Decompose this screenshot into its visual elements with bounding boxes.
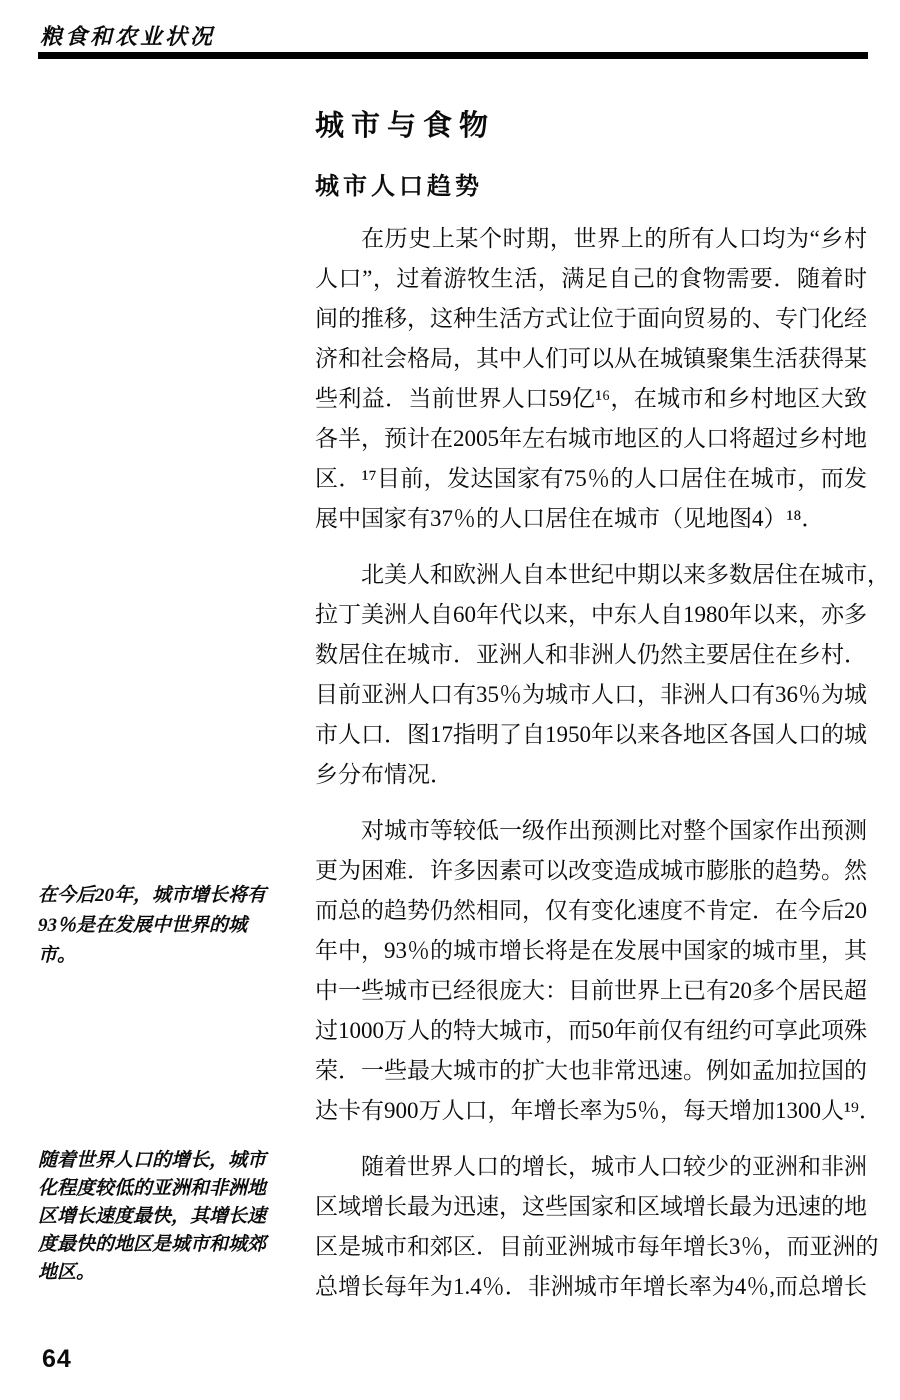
text-line: 对城市等较低一级作出预测比对整个国家作出预测 bbox=[315, 811, 867, 851]
margin-note-line: 度最快的地区是城市和城郊 bbox=[38, 1231, 288, 1259]
text-line: 总增长每年为1.4％．非洲城市年增长率为4％,而总增长 bbox=[315, 1267, 867, 1307]
text-line: 目前亚洲人口有35％为城市人口，非洲人口有36％为城 bbox=[315, 675, 867, 715]
document-page: 粮食和农业状况 在今后20年，城市增长将有 93％是在发展中世界的城 市。 随着… bbox=[0, 0, 900, 1400]
text-line: 乡分布情况． bbox=[315, 755, 867, 795]
main-column: 城市与食物 城市人口趋势 在历史上某个时期，世界上的所有人口均为“乡村 人口”，… bbox=[315, 108, 867, 1307]
page-number: 64 bbox=[42, 1345, 72, 1374]
paragraph-1: 在历史上某个时期，世界上的所有人口均为“乡村 人口”，过着游牧生活，满足自己的食… bbox=[315, 219, 867, 539]
margin-note-line: 随着世界人口的增长，城市 bbox=[38, 1147, 288, 1175]
text-line: 中一些城市已经很庞大：目前世界上已有20多个居民超 bbox=[315, 971, 867, 1011]
text-line: 达卡有900万人口，年增长率为5％，每天增加1300人¹⁹． bbox=[315, 1091, 867, 1131]
running-header: 粮食和农业状况 bbox=[40, 20, 215, 51]
text-line: 间的推移，这种生活方式让位于面向贸易的、专门化经 bbox=[315, 299, 867, 339]
margin-note-line: 93％是在发展中世界的城 bbox=[38, 911, 288, 941]
text-line: 区．¹⁷目前，发达国家有75％的人口居住在城市，而发 bbox=[315, 459, 867, 499]
text-line: 些利益．当前世界人口59亿¹⁶，在城市和乡村地区大致 bbox=[315, 379, 867, 419]
header-rule bbox=[38, 52, 868, 59]
margin-note-2: 随着世界人口的增长，城市 化程度较低的亚洲和非洲地 区增长速度最快，其增长速 度… bbox=[38, 1147, 288, 1287]
paragraph-2: 北美人和欧洲人自本世纪中期以来多数居住在城市， 拉丁美洲人自60年代以来，中东人… bbox=[315, 555, 867, 795]
text-line: 区域增长最为迅速，这些国家和区域增长最为迅速的地 bbox=[315, 1187, 867, 1227]
text-line: 人口”，过着游牧生活，满足自己的食物需要．随着时 bbox=[315, 259, 867, 299]
text-line: 市人口．图17指明了自1950年以来各地区各国人口的城 bbox=[315, 715, 867, 755]
margin-note-line: 化程度较低的亚洲和非洲地 bbox=[38, 1175, 288, 1203]
page-title: 城市与食物 bbox=[315, 108, 867, 144]
text-line: 随着世界人口的增长，城市人口较少的亚洲和非洲 bbox=[315, 1147, 867, 1187]
margin-note-line: 市。 bbox=[38, 941, 288, 971]
text-line: 数居住在城市．亚洲人和非洲人仍然主要居住在乡村． bbox=[315, 635, 867, 675]
margin-note-line: 地区。 bbox=[38, 1259, 288, 1287]
text-line: 各半，预计在2005年左右城市地区的人口将超过乡村地 bbox=[315, 419, 867, 459]
section-heading: 城市人口趋势 bbox=[315, 172, 867, 202]
text-line: 拉丁美洲人自60年代以来，中东人自1980年以来，亦多 bbox=[315, 595, 867, 635]
text-line: 过1000万人的特大城市，而50年前仅有纽约可享此项殊 bbox=[315, 1011, 867, 1051]
margin-note-1: 在今后20年，城市增长将有 93％是在发展中世界的城 市。 bbox=[38, 881, 288, 971]
text-line: 北美人和欧洲人自本世纪中期以来多数居住在城市， bbox=[315, 555, 867, 595]
text-line: 展中国家有37％的人口居住在城市（见地图4）¹⁸． bbox=[315, 499, 867, 539]
text-line: 荣．一些最大城市的扩大也非常迅速。例如孟加拉国的 bbox=[315, 1051, 867, 1091]
margin-note-line: 在今后20年，城市增长将有 bbox=[38, 881, 288, 911]
paragraph-3: 对城市等较低一级作出预测比对整个国家作出预测 更为困难．许多因素可以改变造成城市… bbox=[315, 811, 867, 1131]
margin-note-line: 区增长速度最快，其增长速 bbox=[38, 1203, 288, 1231]
text-line: 在历史上某个时期，世界上的所有人口均为“乡村 bbox=[315, 219, 867, 259]
text-line: 区是城市和郊区．目前亚洲城市每年增长3％，而亚洲的 bbox=[315, 1227, 867, 1267]
text-line: 济和社会格局，其中人们可以从在城镇聚集生活获得某 bbox=[315, 339, 867, 379]
text-line: 更为困难．许多因素可以改变造成城市膨胀的趋势。然 bbox=[315, 851, 867, 891]
text-line: 年中，93％的城市增长将是在发展中国家的城市里，其 bbox=[315, 931, 867, 971]
text-line: 而总的趋势仍然相同，仅有变化速度不肯定．在今后20 bbox=[315, 891, 867, 931]
paragraph-4: 随着世界人口的增长，城市人口较少的亚洲和非洲 区域增长最为迅速，这些国家和区域增… bbox=[315, 1147, 867, 1307]
